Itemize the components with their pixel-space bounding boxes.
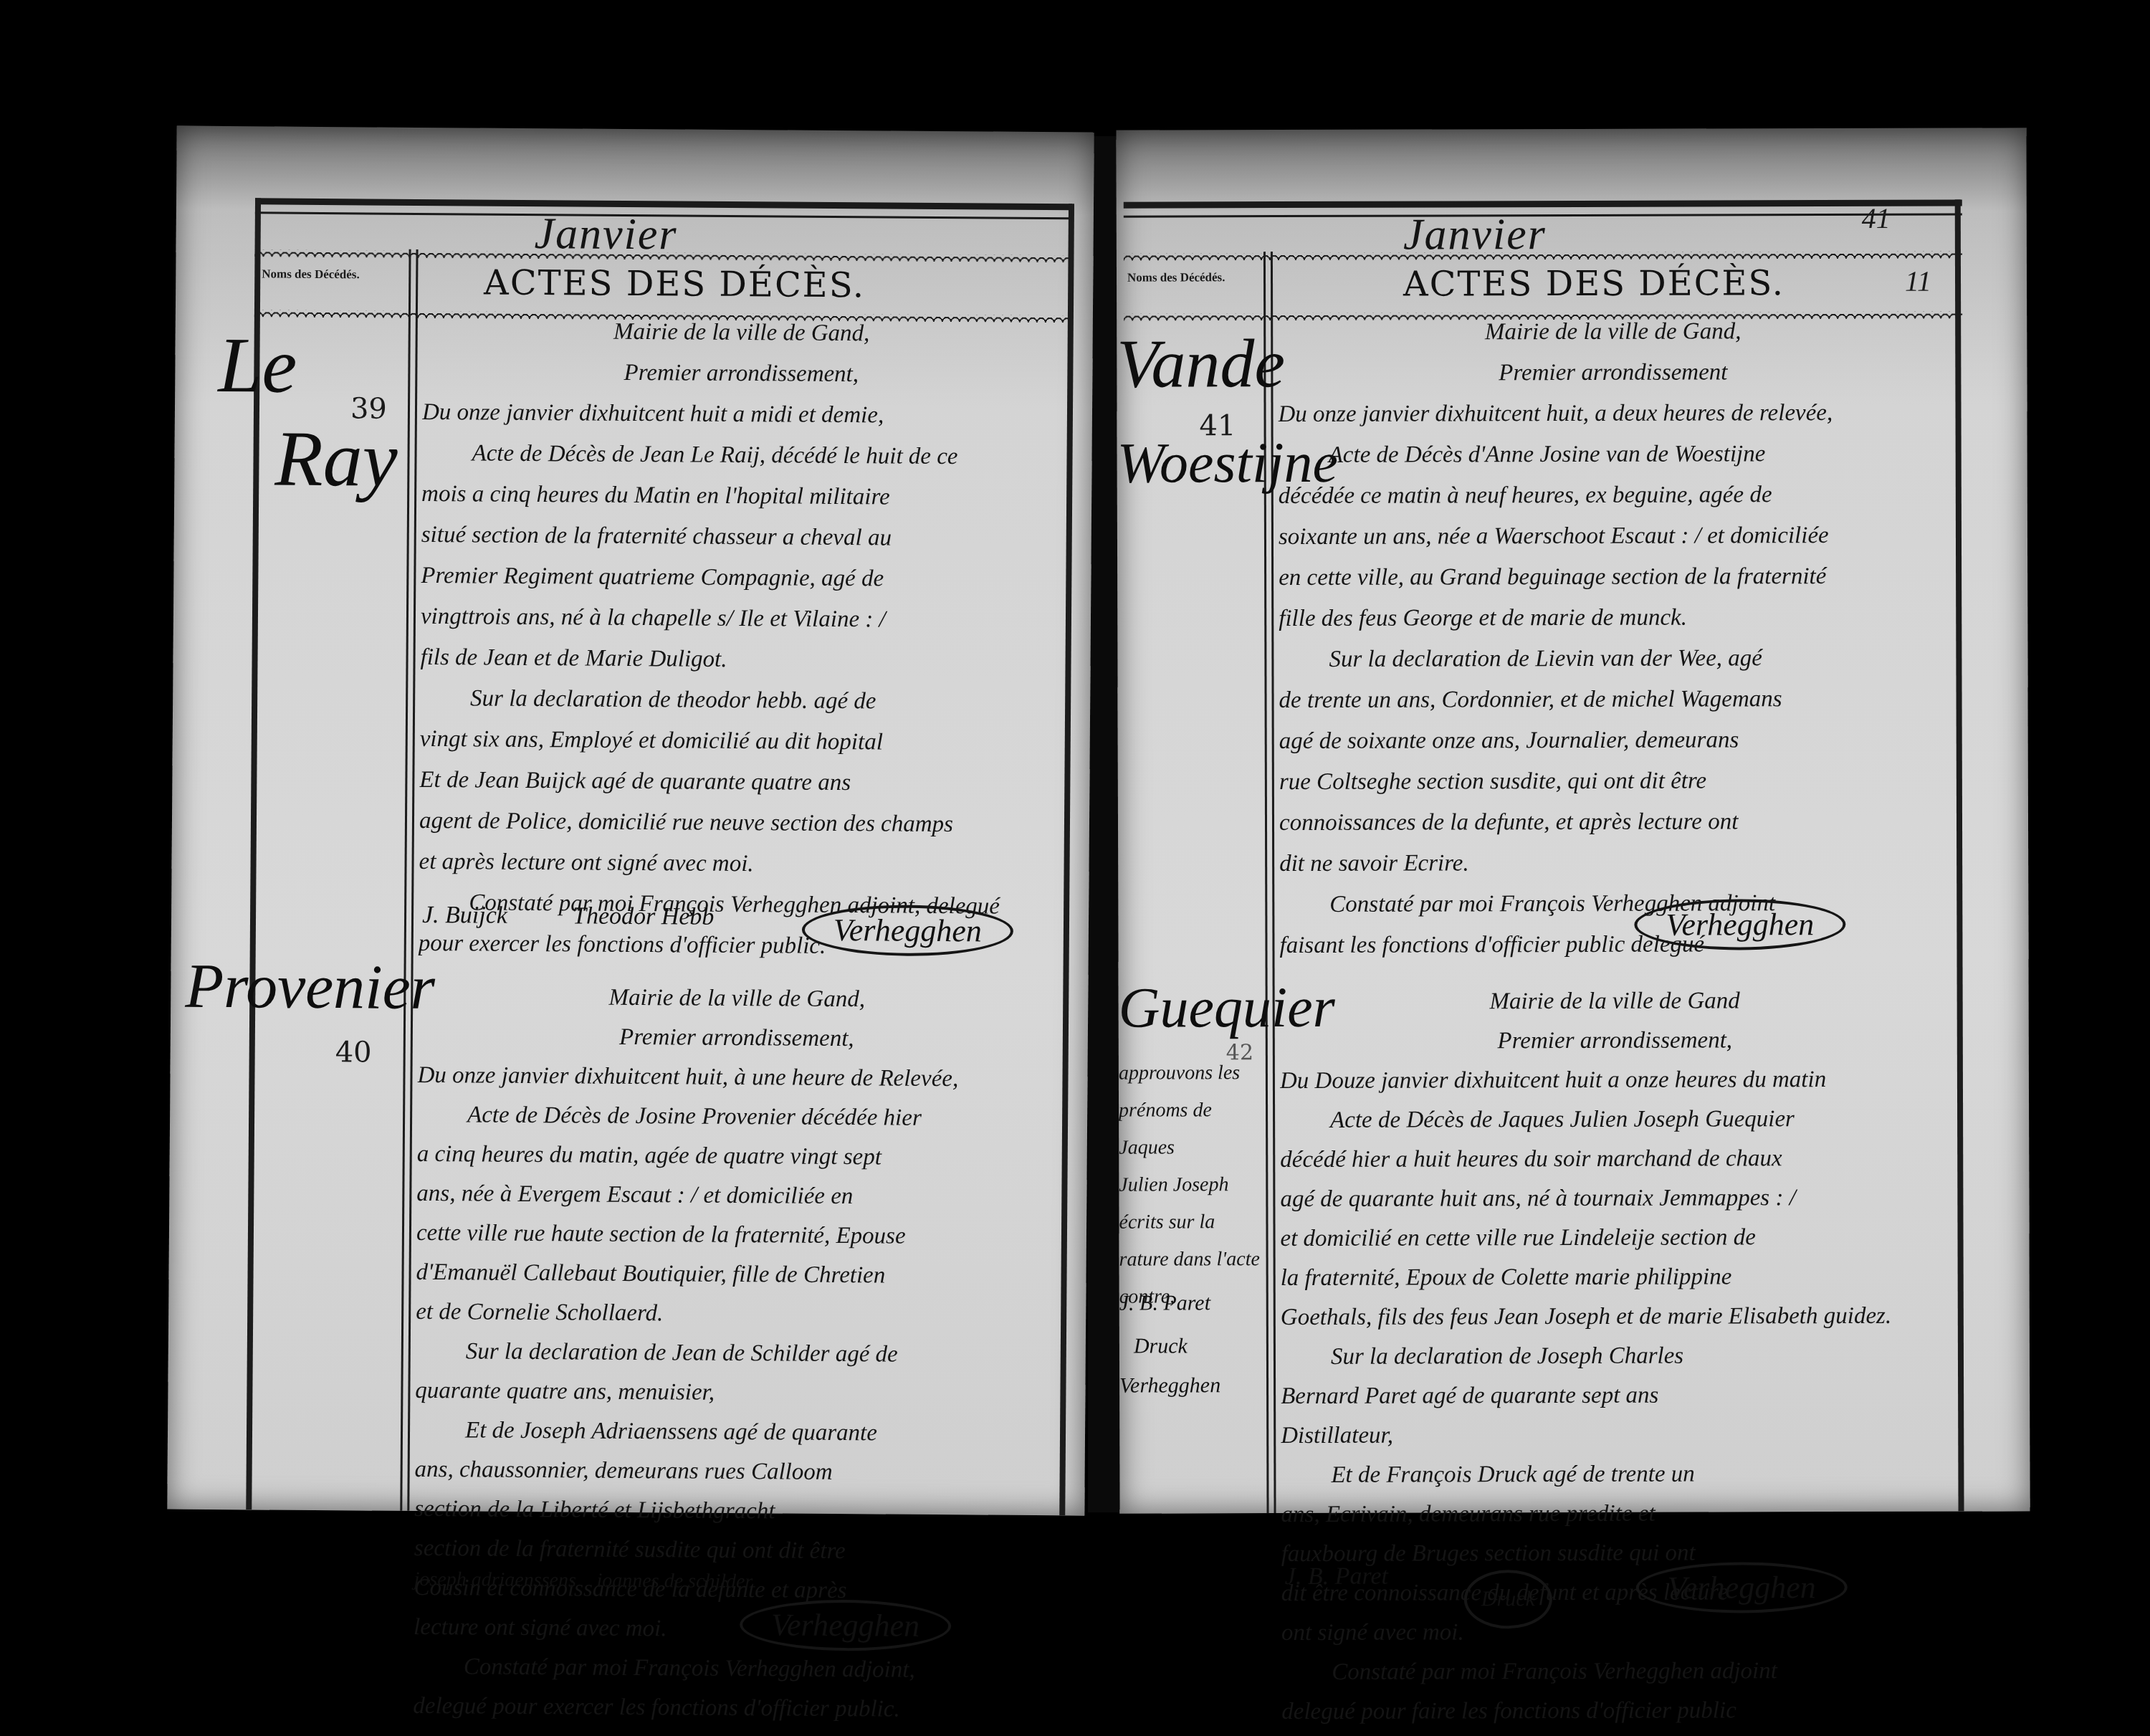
record-line: de trente un ans, Cordonnier, et de mich… [1279,679,1949,721]
signature-witness: ioannes de schilder [596,1570,752,1594]
record-header: Premier arrondissement, [1280,1021,1950,1062]
record-line: delegué pour faire les fonctions d'offic… [1281,1691,1951,1732]
record-header: Premier arrondissement, [422,351,1060,396]
record-line: vingt six ans, Employé et domicilié au d… [420,719,1058,764]
margin-note-line: prénoms de Jaques [1119,1092,1262,1167]
record-line: soixante un ans, née a Waerschoot Escaut… [1279,515,1949,558]
record-line: Du onze janvier dixhuitcent huit, à une … [417,1056,1055,1100]
record-line: Et de Joseph Adriaenssens agé de quarant… [415,1411,1053,1454]
record-line: rue Coltseghe section susdite, qui ont d… [1279,760,1949,803]
signature-witness: joseph adriaenssens [414,1568,576,1593]
record-line: et domicilié en cette ville rue Lindelei… [1280,1218,1950,1259]
record-line: Sur la declaration de theodor hebb. agé … [420,678,1058,723]
corner-mark: 41 [1862,201,1891,235]
record-line: et de Cornelie Schollaerd. [416,1292,1053,1336]
record-header: Mairie de la ville de Gand, [423,310,1061,356]
record-line: fils de Jean et de Marie Duligot. [420,637,1058,682]
record-line: ans, née à Evergem Escaut : / et domicil… [416,1174,1054,1218]
record-line: dit ne savoir Ecrire. [1279,842,1949,884]
record-line: Constaté par moi François Verhegghen adj… [1281,1651,1951,1692]
record-line: agé de quarante huit ans, né à tournaix … [1280,1178,1950,1219]
record-line: et après lecture ont signé avec moi. [419,841,1056,887]
margin-note-line: Julien Joseph [1119,1166,1262,1204]
folio-number: 11 [1905,264,1931,298]
deceased-name-margin: Ray [274,414,398,505]
margin-note-line: approuvons les [1119,1054,1262,1092]
deceased-name-margin: Vande [1117,323,1285,404]
record-line: section de la Liberté et Lijsbethgracht [414,1489,1052,1533]
record-line: Du onze janvier dixhuitcent huit a midi … [422,392,1060,437]
right-page: Janvier 41 Noms des Décédés. ACTES DES D… [1116,128,2030,1513]
deceased-name-margin: Provenier [185,950,435,1024]
record-line: décédé hier a huit heures du soir marcha… [1280,1139,1950,1180]
record-line: Acte de Décès de Jaques Julien Joseph Gu… [1280,1100,1950,1140]
page-title: ACTES DES DÉCÈS. [484,263,865,306]
record-line: Goethals, fils des feus Jean Joseph et d… [1281,1297,1951,1337]
death-record-41: Mairie de la ville de Gand, Premier arro… [1278,311,1949,966]
record-line: d'Emanuël Callebaut Boutiquier, fille de… [416,1253,1053,1297]
record-line: ont signé avec moi. [1281,1612,1951,1653]
record-line: lecture ont signé avec moi. [414,1608,1051,1651]
record-line: Sur la declaration de Joseph Charles [1281,1336,1951,1377]
record-line: section de la fraternité susdite qui ont… [414,1529,1052,1573]
record-line: en cette ville, au Grand beguinage secti… [1279,556,1949,598]
record-line: Constaté par moi François Verhegghen adj… [1279,883,1949,925]
record-header: Premier arrondissement [1278,352,1948,394]
column-header-names: Noms des Décédés. [262,267,360,282]
record-line: Acte de Décès de Jean Le Raij, décédé le… [421,433,1059,478]
left-page: Janvier Noms des Décédés. ACTES DES DÉCÈ… [167,126,1094,1516]
record-header: Mairie de la ville de Gand, [1278,311,1948,353]
record-line: Premier Regiment quatrieme Compagnie, ag… [421,555,1059,601]
death-record-39: Mairie de la ville de Gand, Premier arro… [419,310,1061,968]
record-line: quarante quatre ans, menuisier, [415,1371,1053,1415]
record-line: fille des feus George et de marie de mun… [1279,597,1949,639]
record-line: agé de soixante onze ans, Journalier, de… [1279,720,1949,762]
record-line: ans, chaussonnier, demeurans rues Calloo… [414,1450,1052,1494]
margin-note-line: écrits sur la [1119,1203,1262,1241]
record-line: a cinq heures du matin, agée de quatre v… [417,1135,1055,1178]
record-header: Premier arrondissement, [418,1016,1056,1060]
record-line: faisant les fonctions d'officier public … [1279,924,1949,966]
record-line: mois a cinq heures du Matin en l'hopital… [421,474,1059,519]
record-line: Distillateur, [1281,1415,1951,1456]
record-line: la fraternité, Epoux de Colette marie ph… [1281,1257,1951,1298]
record-line: Sur la declaration de Lievin van der Wee… [1279,638,1949,680]
decorative-rule [1124,252,1962,261]
page-frame-right [1955,200,1964,1512]
page-frame-right [1059,204,1074,1515]
signature-witness: Theodor Hebb [573,902,715,930]
record-line: agent de Police, domicilié rue neuve sec… [419,801,1057,846]
record-line: Du onze janvier dixhuitcent huit, a deux… [1278,393,1948,435]
record-line: Acte de Décès de Josine Provenier décédé… [417,1095,1055,1139]
record-line: ans, Ecrivain, demeurans rue predite et [1281,1494,1951,1535]
entry-number: 40 [335,1036,372,1069]
record-header: Mairie de la ville de Gand, [418,977,1056,1021]
death-record-40: Mairie de la ville de Gand, Premier arro… [413,977,1056,1730]
record-line: Constaté par moi François Verhegghen adj… [414,1647,1051,1691]
record-line: situé section de la fraternité chasseur … [421,515,1059,560]
record-line: delegué pour exercer les fonctions d'off… [413,1687,1051,1730]
record-line: Acte de Décès d'Anne Josine van de Woest… [1279,434,1949,476]
margin-signature: J. B. Paret [1119,1291,1210,1315]
signature-witness: Druck [1464,1570,1552,1628]
record-line: connoissances de la defunte, et après le… [1279,801,1949,844]
signature-witness: J. Buijck [422,902,507,930]
record-line: décédée ce matin à neuf heures, ex begui… [1279,474,1949,517]
page-title: ACTES DES DÉCÈS. [1403,263,1784,304]
margin-signature: Druck [1134,1334,1188,1358]
record-line: Bernard Paret agé de quarante sept ans [1281,1375,1951,1416]
record-line: cette ville rue haute section de la frat… [416,1213,1054,1257]
record-header: Mairie de la ville de Gand [1280,981,1950,1022]
margin-note-line: rature dans l'acte [1119,1241,1263,1279]
record-line: Du Douze janvier dixhuitcent huit a onze… [1280,1060,1950,1101]
record-line: vingttrois ans, né à la chapelle s/ Ile … [421,596,1059,642]
record-line: Et de François Druck agé de trente un [1281,1454,1951,1495]
margin-approval-note: approuvons les prénoms de Jaques Julien … [1119,1054,1263,1316]
deceased-name-margin: Le [218,320,297,411]
margin-signature: Verhegghen [1119,1373,1220,1398]
record-line: Sur la declaration de Jean de Schilder a… [416,1332,1053,1375]
column-header-names: Noms des Décédés. [1127,270,1225,285]
record-line: Et de Jean Buijck agé de quarante quatre… [419,760,1057,805]
death-record-42: Mairie de la ville de Gand Premier arron… [1280,981,1952,1732]
signature-witness: J. B. Paret [1285,1563,1388,1590]
